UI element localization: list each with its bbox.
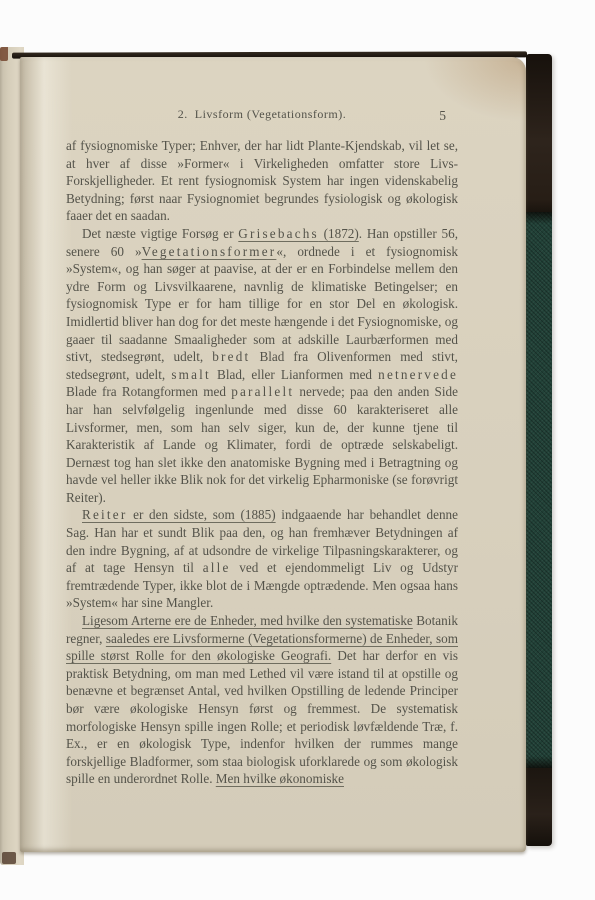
- text-segment: bredt: [212, 349, 250, 364]
- text-segment: «, ordnede i et fysiognomisk »System«, o…: [66, 244, 458, 365]
- book-cover-right-edge: [526, 54, 552, 846]
- cover-leather-corner-top: [526, 54, 552, 212]
- text-segment: af fysiognomiske Typer; Enhver, der har …: [66, 138, 458, 223]
- underlined-text: Ligesom Arterne ere de Enheder, med hvil…: [82, 613, 413, 628]
- underlined-text: Vegetationsformer: [142, 244, 277, 259]
- book-spine-bottom-detail: [2, 852, 16, 864]
- text-segment: netnervede: [378, 367, 458, 382]
- photo-background: 2. Livsform (Vegetationsform). 5 af fysi…: [0, 0, 595, 900]
- book: 2. Livsform (Vegetationsform). 5 af fysi…: [0, 0, 595, 900]
- page-number: 5: [439, 108, 446, 124]
- text-segment: Det næste vigtige Forsøg er: [82, 226, 238, 241]
- text-segment: Blade fra Rotangformen med: [66, 384, 231, 399]
- underlined-text: (1872): [319, 226, 359, 241]
- paragraph: af fysiognomiske Typer; Enhver, der har …: [66, 137, 458, 225]
- paragraph: Det næste vigtige Forsøg er Grisebachs (…: [66, 225, 458, 507]
- underlined-text: Grisebachs: [238, 226, 319, 241]
- text-segment: parallelt: [231, 384, 294, 399]
- book-spine-top-detail: [0, 47, 8, 61]
- book-page: 2. Livsform (Vegetationsform). 5 af fysi…: [20, 57, 526, 852]
- text-segment: smalt: [171, 367, 211, 382]
- paragraph: Ligesom Arterne ere de Enheder, med hvil…: [66, 612, 458, 788]
- text-segment: Det har derfor en vis praktisk Betydning…: [66, 648, 458, 786]
- text-segment: nervede; paa den anden Side har han selv…: [66, 384, 458, 505]
- page-header: 2. Livsform (Vegetationsform). 5: [66, 107, 458, 122]
- text-segment: alle: [203, 560, 231, 575]
- text-block: af fysiognomiske Typer; Enhver, der har …: [66, 137, 458, 788]
- running-title: 2. Livsform (Vegetationsform).: [178, 107, 346, 121]
- cover-green-cloth: [526, 212, 552, 768]
- underlined-text: Men hvilke økonomiske: [216, 771, 344, 786]
- underlined-text: Reiter: [82, 507, 127, 522]
- cover-leather-corner-bottom: [526, 768, 552, 846]
- paragraph: Reiter er den sidste, som (1885) indgaae…: [66, 506, 458, 612]
- underlined-text: er den sidste, som (1885): [127, 507, 275, 522]
- text-segment: Blad, eller Lianformen med: [211, 367, 378, 382]
